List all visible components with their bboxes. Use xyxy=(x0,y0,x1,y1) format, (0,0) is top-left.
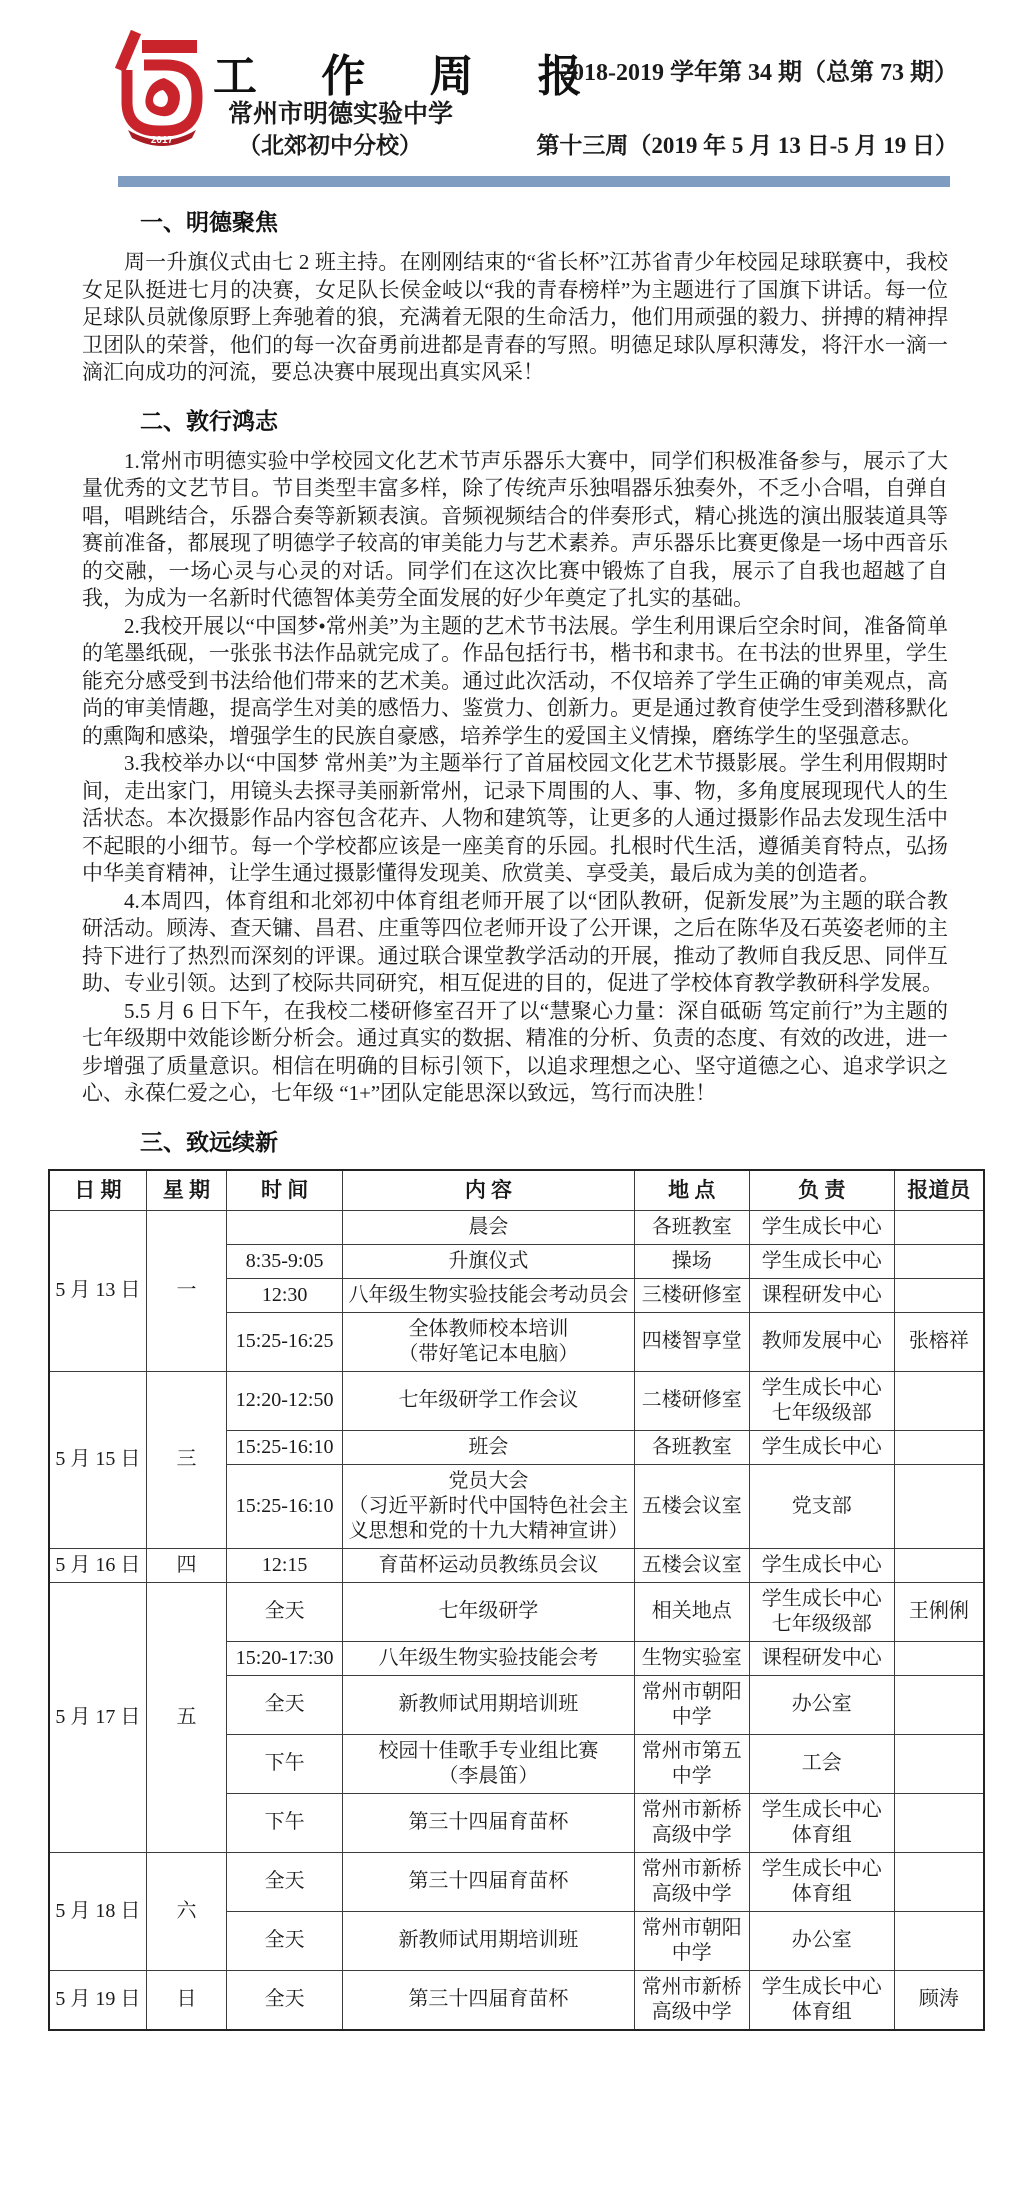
weekly-report-page: 2017 工 作 周 报 2018-2019 学年第 34 期（总第 73 期）… xyxy=(0,0,1024,2200)
section-mingde-focus: 一、明德聚焦 周一升旗仪式由七 2 班主持。在刚刚结束的“省长杯”江苏省青少年校… xyxy=(82,204,948,387)
cell-weekday: 四 xyxy=(146,1548,226,1582)
week-range: 第十三周（2019 年 5 月 13 日-5 月 19 日） xyxy=(536,127,958,160)
header-place: 地 点 xyxy=(634,1170,749,1211)
cell-content: 升旗仪式 xyxy=(343,1244,635,1278)
cell-place: 常州市朝阳 中学 xyxy=(634,1675,749,1734)
cell-place: 各班教室 xyxy=(634,1430,749,1464)
cell-owner: 学生成长中心 七年级级部 xyxy=(749,1371,894,1430)
header-divider xyxy=(118,176,950,187)
cell-reporter xyxy=(894,1548,984,1582)
cell-content: 全体教师校本培训 （带好笔记本电脑） xyxy=(343,1312,635,1371)
cell-weekday: 三 xyxy=(146,1371,226,1548)
school-logo: 2017 xyxy=(100,30,224,150)
cell-reporter xyxy=(894,1641,984,1675)
cell-place: 二楼研修室 xyxy=(634,1371,749,1430)
cell-weekday: 六 xyxy=(146,1852,226,1970)
cell-owner: 学生成长中心 体育组 xyxy=(749,1970,894,2030)
cell-place: 操场 xyxy=(634,1244,749,1278)
cell-reporter xyxy=(894,1371,984,1430)
cell-place: 常州市新桥 高级中学 xyxy=(634,1970,749,2030)
cell-time: 15:20-17:30 xyxy=(227,1641,343,1675)
section-body: 周一升旗仪式由七 2 班主持。在刚刚结束的“省长杯”江苏省青少年校园足球联赛中，… xyxy=(82,249,948,387)
cell-weekday: 一 xyxy=(146,1210,226,1371)
school-logo-icon: 2017 xyxy=(100,30,224,150)
cell-content: 八年级生物实验技能会考动员会 xyxy=(343,1278,635,1312)
cell-reporter xyxy=(894,1464,984,1548)
cell-time: 全天 xyxy=(227,1970,343,2030)
cell-owner: 学生成长中心 xyxy=(749,1210,894,1244)
schedule-row: 5 月 15 日三12:20-12:50七年级研学工作会议二楼研修室学生成长中心… xyxy=(49,1371,984,1430)
cell-place: 常州市新桥 高级中学 xyxy=(634,1793,749,1852)
cell-reporter xyxy=(894,1911,984,1970)
section-title: 一、明德聚焦 xyxy=(140,204,948,237)
cell-time: 全天 xyxy=(227,1675,343,1734)
cell-reporter xyxy=(894,1244,984,1278)
header-date: 日 期 xyxy=(49,1170,146,1211)
cell-content: 党员大会 （习近平新时代中国特色社会主 义思想和党的十九大精神宣讲） xyxy=(343,1464,635,1548)
cell-content: 第三十四届育苗杯 xyxy=(343,1852,635,1911)
cell-place: 常州市朝阳 中学 xyxy=(634,1911,749,1970)
cell-owner: 办公室 xyxy=(749,1675,894,1734)
cell-content: 第三十四届育苗杯 xyxy=(343,1970,635,2030)
cell-time: 12:30 xyxy=(227,1278,343,1312)
cell-place: 相关地点 xyxy=(634,1582,749,1641)
school-name: 常州市明德实验中学 xyxy=(228,94,453,130)
cell-reporter: 张榕祥 xyxy=(894,1312,984,1371)
paragraph: 4.本周四，体育组和北郊初中体育组老师开展了以“团队教研，促新发展”为主题的联合… xyxy=(82,888,948,998)
schedule-row: 5 月 18 日六全天第三十四届育苗杯常州市新桥 高级中学学生成长中心 体育组 xyxy=(49,1852,984,1911)
header-owner: 负 责 xyxy=(749,1170,894,1211)
section-title: 三、致远续新 xyxy=(140,1124,948,1157)
cell-place: 各班教室 xyxy=(634,1210,749,1244)
cell-weekday: 日 xyxy=(146,1970,226,2030)
cell-place: 五楼会议室 xyxy=(634,1464,749,1548)
cell-time: 12:15 xyxy=(227,1548,343,1582)
cell-date: 5 月 13 日 xyxy=(49,1210,146,1371)
document-body: 一、明德聚焦 周一升旗仪式由七 2 班主持。在刚刚结束的“省长杯”江苏省青少年校… xyxy=(82,204,948,1157)
cell-content: 新教师试用期培训班 xyxy=(343,1675,635,1734)
header-weekday: 星 期 xyxy=(146,1170,226,1211)
cell-owner: 党支部 xyxy=(749,1464,894,1548)
cell-reporter xyxy=(894,1278,984,1312)
cell-content: 校园十佳歌手专业组比赛 （李晨笛） xyxy=(343,1734,635,1793)
schedule-row: 5 月 16 日四12:15育苗杯运动员教练员会议五楼会议室学生成长中心 xyxy=(49,1548,984,1582)
schedule-row: 5 月 17 日五全天七年级研学相关地点学生成长中心 七年级级部王俐俐 xyxy=(49,1582,984,1641)
cell-date: 5 月 17 日 xyxy=(49,1582,146,1852)
cell-content: 班会 xyxy=(343,1430,635,1464)
cell-time xyxy=(227,1210,343,1244)
cell-time: 15:25-16:25 xyxy=(227,1312,343,1371)
section-title: 二、敦行鸿志 xyxy=(140,403,948,436)
schedule-row: 5 月 19 日日全天第三十四届育苗杯常州市新桥 高级中学学生成长中心 体育组顾… xyxy=(49,1970,984,2030)
cell-place: 三楼研修室 xyxy=(634,1278,749,1312)
cell-reporter xyxy=(894,1210,984,1244)
cell-content: 育苗杯运动员教练员会议 xyxy=(343,1548,635,1582)
cell-content: 七年级研学工作会议 xyxy=(343,1371,635,1430)
cell-owner: 课程研发中心 xyxy=(749,1278,894,1312)
cell-reporter xyxy=(894,1734,984,1793)
cell-owner: 学生成长中心 xyxy=(749,1430,894,1464)
section-zhiyuan-xuxin: 三、致远续新 xyxy=(82,1124,948,1157)
cell-time: 全天 xyxy=(227,1911,343,1970)
cell-time: 8:35-9:05 xyxy=(227,1244,343,1278)
cell-owner: 工会 xyxy=(749,1734,894,1793)
cell-owner: 教师发展中心 xyxy=(749,1312,894,1371)
cell-date: 5 月 15 日 xyxy=(49,1371,146,1548)
schedule-table: 日 期 星 期 时 间 内 容 地 点 负 责 报道员 5 月 13 日一晨会各… xyxy=(48,1169,985,2031)
cell-date: 5 月 19 日 xyxy=(49,1970,146,2030)
cell-content: 第三十四届育苗杯 xyxy=(343,1793,635,1852)
paragraph: 2.我校开展以“中国梦•常州美”为主题的艺术节书法展。学生利用课后空余时间，准备… xyxy=(82,613,948,751)
cell-content: 八年级生物实验技能会考 xyxy=(343,1641,635,1675)
cell-time: 下午 xyxy=(227,1734,343,1793)
cell-place: 常州市第五 中学 xyxy=(634,1734,749,1793)
header-time: 时 间 xyxy=(227,1170,343,1211)
cell-date: 5 月 16 日 xyxy=(49,1548,146,1582)
paragraph: 周一升旗仪式由七 2 班主持。在刚刚结束的“省长杯”江苏省青少年校园足球联赛中，… xyxy=(82,249,948,387)
cell-reporter xyxy=(894,1675,984,1734)
cell-owner: 课程研发中心 xyxy=(749,1641,894,1675)
cell-place: 五楼会议室 xyxy=(634,1548,749,1582)
school-branch: （北郊初中分校） xyxy=(238,127,422,160)
cell-owner: 学生成长中心 七年级级部 xyxy=(749,1582,894,1641)
paragraph: 1.常州市明德实验中学校园文化艺术节声乐器乐大赛中，同学们积极准备参与，展示了大… xyxy=(82,448,948,613)
cell-owner: 学生成长中心 体育组 xyxy=(749,1852,894,1911)
cell-reporter xyxy=(894,1793,984,1852)
cell-place: 生物实验室 xyxy=(634,1641,749,1675)
cell-time: 12:20-12:50 xyxy=(227,1371,343,1430)
cell-time: 全天 xyxy=(227,1582,343,1641)
cell-owner: 学生成长中心 体育组 xyxy=(749,1793,894,1852)
cell-reporter xyxy=(894,1430,984,1464)
section-dunxing-hongzhi: 二、敦行鸿志 1.常州市明德实验中学校园文化艺术节声乐器乐大赛中，同学们积极准备… xyxy=(82,403,948,1108)
section-body: 1.常州市明德实验中学校园文化艺术节声乐器乐大赛中，同学们积极准备参与，展示了大… xyxy=(82,448,948,1108)
cell-owner: 学生成长中心 xyxy=(749,1548,894,1582)
schedule-header-row: 日 期 星 期 时 间 内 容 地 点 负 责 报道员 xyxy=(49,1170,984,1211)
cell-place: 常州市新桥 高级中学 xyxy=(634,1852,749,1911)
cell-content: 七年级研学 xyxy=(343,1582,635,1641)
schedule-row: 5 月 13 日一晨会各班教室学生成长中心 xyxy=(49,1210,984,1244)
cell-reporter: 王俐俐 xyxy=(894,1582,984,1641)
paragraph: 5.5 月 6 日下午，在我校二楼研修室召开了以“慧聚心力量：深自砥砺 笃定前行… xyxy=(82,998,948,1108)
paragraph: 3.我校举办以“中国梦 常州美”为主题举行了首届校园文化艺术节摄影展。学生利用假… xyxy=(82,750,948,888)
cell-content: 晨会 xyxy=(343,1210,635,1244)
cell-weekday: 五 xyxy=(146,1582,226,1852)
header-content: 内 容 xyxy=(343,1170,635,1211)
issue-number: 2018-2019 学年第 34 期（总第 73 期） xyxy=(560,52,958,87)
cell-place: 四楼智享堂 xyxy=(634,1312,749,1371)
cell-time: 下午 xyxy=(227,1793,343,1852)
schedule-table-body: 5 月 13 日一晨会各班教室学生成长中心8:35-9:05升旗仪式操场学生成长… xyxy=(49,1210,984,2030)
cell-reporter: 顾涛 xyxy=(894,1970,984,2030)
cell-time: 15:25-16:10 xyxy=(227,1430,343,1464)
cell-owner: 办公室 xyxy=(749,1911,894,1970)
logo-year-label: 2017 xyxy=(151,135,174,146)
cell-owner: 学生成长中心 xyxy=(749,1244,894,1278)
cell-time: 全天 xyxy=(227,1852,343,1911)
cell-reporter xyxy=(894,1852,984,1911)
cell-date: 5 月 18 日 xyxy=(49,1852,146,1970)
header-reporter: 报道员 xyxy=(894,1170,984,1211)
cell-content: 新教师试用期培训班 xyxy=(343,1911,635,1970)
cell-time: 15:25-16:10 xyxy=(227,1464,343,1548)
masthead: 2017 工 作 周 报 2018-2019 学年第 34 期（总第 73 期）… xyxy=(0,0,1024,188)
